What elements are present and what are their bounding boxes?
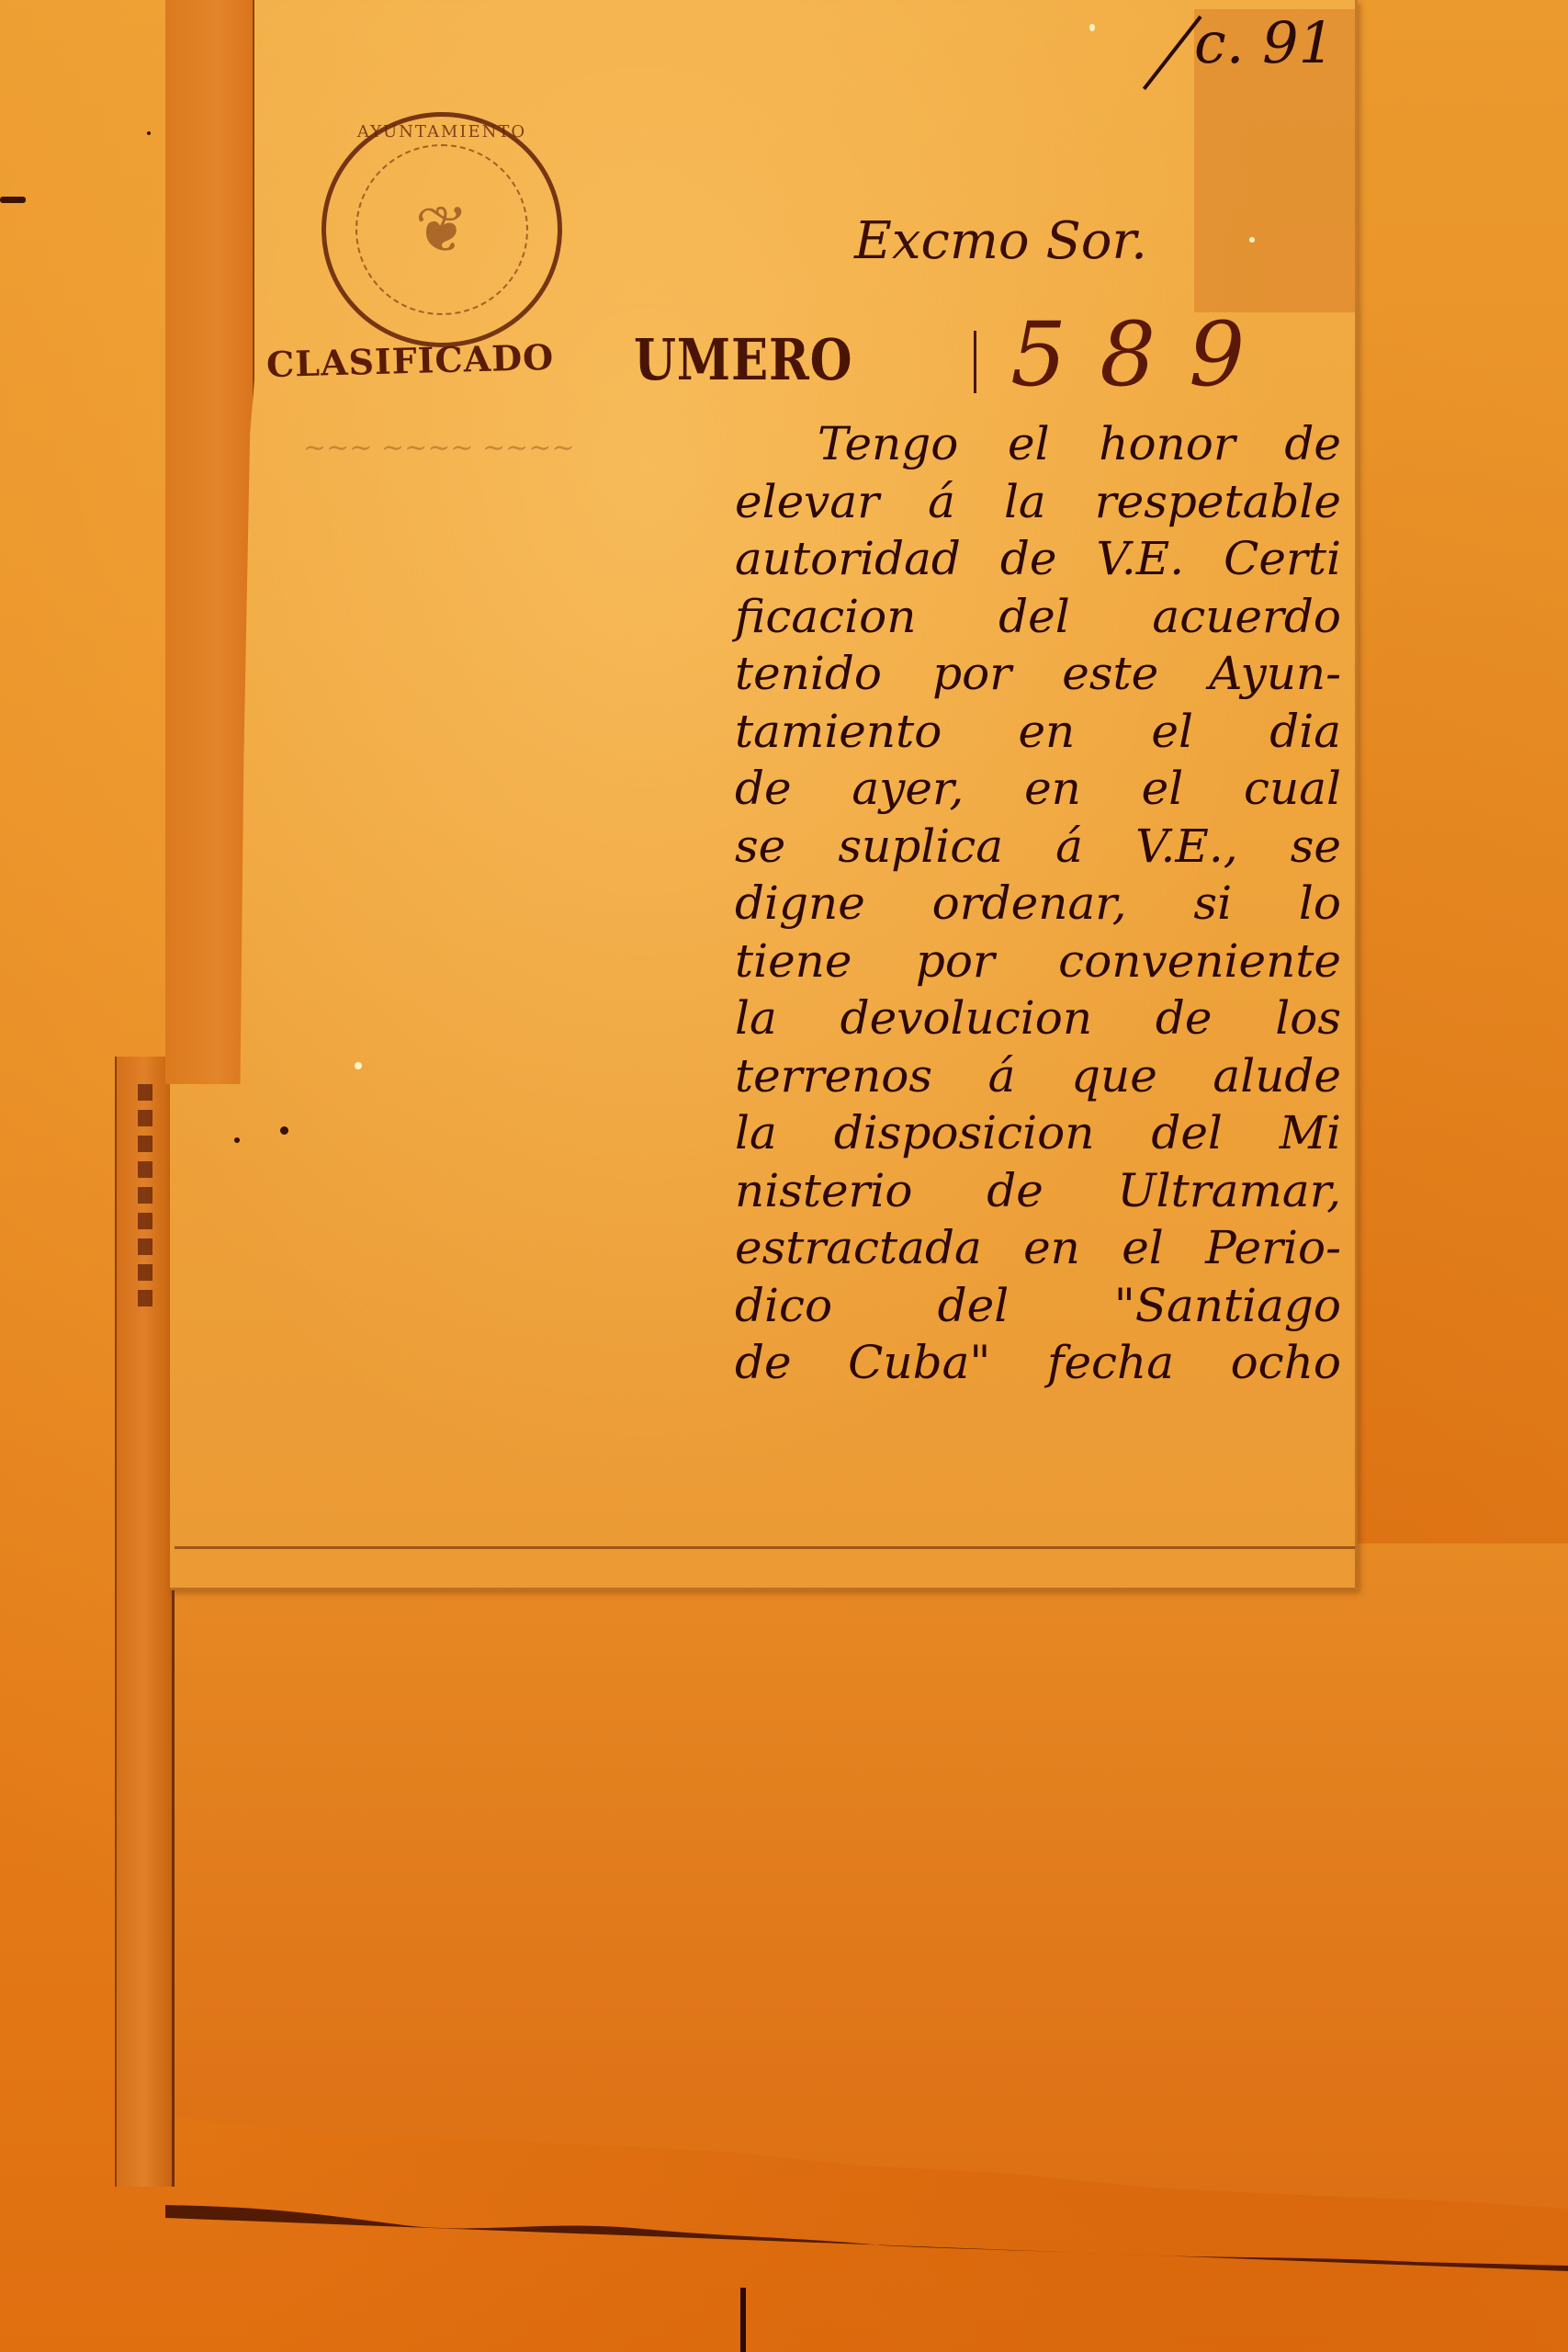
binding-fray xyxy=(138,1084,152,1314)
salutation: Excmo Sor. xyxy=(854,211,1147,271)
light-speck xyxy=(355,1062,362,1069)
seal-text: AYUNTAMIENTO xyxy=(326,122,558,141)
letter-line: elevar á la respetable xyxy=(735,473,1341,531)
torn-edge-shadow xyxy=(165,2198,1568,2271)
letter-line: estractada en el Perio- xyxy=(735,1219,1341,1277)
letter-line: dico del "Santiago xyxy=(735,1277,1341,1335)
municipal-seal: AYUNTAMIENTO ❦ xyxy=(321,112,562,347)
letter-body: Tengo el honor de elevar á la respetable… xyxy=(735,415,1341,1392)
letter-line: tiene por conveniente xyxy=(735,933,1341,990)
classification-number: 589 xyxy=(1010,303,1278,406)
letter-line: nisterio de Ultramar, xyxy=(735,1162,1341,1220)
letter-line: tamiento en el dia xyxy=(735,703,1341,761)
letter-line: la disposicion del Mi xyxy=(735,1104,1341,1162)
stamp-numero: UMERO xyxy=(634,326,852,393)
letter-line: de Cuba" fecha ocho xyxy=(735,1334,1341,1392)
page-reference: c. 91 xyxy=(1194,9,1335,76)
light-speck xyxy=(1089,24,1095,31)
letter-line: ficacion del acuerdo xyxy=(735,588,1341,646)
margin-mark-bottom xyxy=(740,2288,746,2352)
margin-mark xyxy=(0,197,26,203)
faint-writing-top xyxy=(588,37,597,85)
letter-line: digne ordenar, si lo xyxy=(735,875,1341,933)
stamp-divider xyxy=(974,331,976,393)
stamp-clasificado: CLASIFICADO xyxy=(265,336,554,385)
ink-speck xyxy=(147,131,151,135)
coat-of-arms-icon: ❦ xyxy=(415,192,469,267)
letter-line: autoridad de V.E. Certi xyxy=(735,530,1341,588)
light-speck xyxy=(1249,237,1255,243)
letter-line: Tengo el honor de xyxy=(735,415,1341,473)
letter-line: terrenos á que alude xyxy=(735,1047,1341,1105)
binding-strip xyxy=(165,0,254,1084)
sheet-bottom-edge xyxy=(175,1546,1355,1549)
letter-line: de ayer, en el cual xyxy=(735,760,1341,818)
letter-line: se suplica á V.E., se xyxy=(735,818,1341,876)
ink-speck xyxy=(234,1137,240,1143)
faint-marginal-note: ∼∼∼ ∼∼∼∼ ∼∼∼∼ xyxy=(303,432,575,464)
letter-line: tenido por este Ayun- xyxy=(735,645,1341,703)
letter-line: la devolucion de los xyxy=(735,989,1341,1047)
ink-speck xyxy=(280,1126,288,1135)
